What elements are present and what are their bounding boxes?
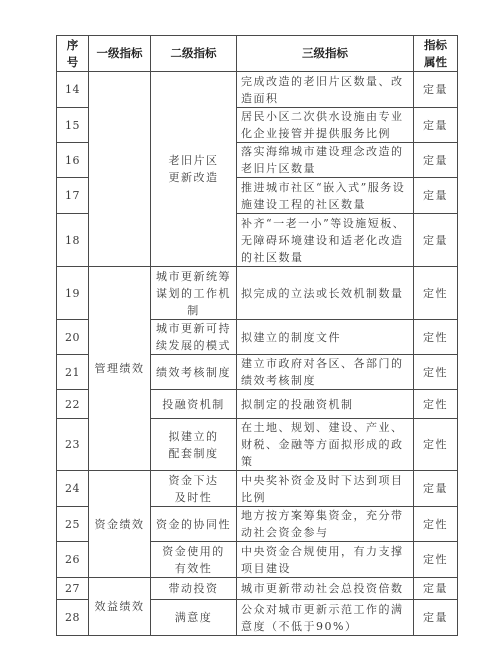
level3-cell: 在土地、规划、建设、产业、财税、金融等方面拟形成的政策 bbox=[237, 419, 414, 471]
level3-cell: 推进城市社区“嵌入式”服务设施建设工程的社区数量 bbox=[237, 178, 414, 214]
attr-cell: 定量 bbox=[414, 471, 458, 507]
level3-cell: 拟制定的投融资机制 bbox=[237, 390, 414, 419]
row-no: 15 bbox=[57, 108, 89, 143]
attr-cell: 定量 bbox=[414, 108, 458, 143]
level2-cell: 拟建立的 配套制度 bbox=[151, 419, 237, 471]
level3-cell: 地方按方案筹集资金，充分带动社会资金参与 bbox=[237, 507, 414, 542]
row-no: 27 bbox=[57, 578, 89, 600]
level3-cell: 落实海绵城市建设理念改造的老旧片区数量 bbox=[237, 143, 414, 178]
header-level3: 三级指标 bbox=[237, 36, 414, 72]
attr-cell: 定性 bbox=[414, 419, 458, 471]
table-row: 14 老旧片区 更新改造 完成改造的老旧片区数量、改造面积 定量 bbox=[57, 72, 458, 108]
level2-cell: 城市更新统筹谋划的工作机制 bbox=[151, 267, 237, 320]
header-row: 序 号 一级指标 二级指标 三级指标 指标 属性 bbox=[57, 36, 458, 72]
attr-cell: 定量 bbox=[414, 178, 458, 214]
level3-cell: 拟完成的立法或长效机制数量 bbox=[237, 267, 414, 320]
attr-cell: 定性 bbox=[414, 542, 458, 578]
level2-cell: 资金下达 及时性 bbox=[151, 471, 237, 507]
row-no: 19 bbox=[57, 267, 89, 320]
attr-cell: 定量 bbox=[414, 143, 458, 178]
attr-cell: 定性 bbox=[414, 507, 458, 542]
row-no: 16 bbox=[57, 143, 89, 178]
row-no: 25 bbox=[57, 507, 89, 542]
header-no: 序 号 bbox=[57, 36, 89, 72]
row-no: 14 bbox=[57, 72, 89, 108]
level3-cell: 完成改造的老旧片区数量、改造面积 bbox=[237, 72, 414, 108]
level3-cell: 公众对城市更新示范工作的满意度（不低于90%） bbox=[237, 600, 414, 636]
attr-cell: 定性 bbox=[414, 390, 458, 419]
header-level1: 一级指标 bbox=[89, 36, 151, 72]
header-level2: 二级指标 bbox=[151, 36, 237, 72]
row-no: 20 bbox=[57, 320, 89, 355]
level1-fund: 资金绩效 bbox=[89, 471, 151, 578]
attr-cell: 定量 bbox=[414, 600, 458, 636]
level1-manage: 管理绩效 bbox=[89, 267, 151, 471]
level1-cell-empty bbox=[89, 72, 151, 267]
level2-cell: 城市更新可持续发展的模式 bbox=[151, 320, 237, 355]
level2-cell: 投融资机制 bbox=[151, 390, 237, 419]
attr-cell: 定量 bbox=[414, 72, 458, 108]
level2-cell: 带动投资 bbox=[151, 578, 237, 600]
row-no: 28 bbox=[57, 600, 89, 636]
level3-cell: 补齐“一老一小”等设施短板、无障碍环境建设和适老化改造的社区数量 bbox=[237, 214, 414, 267]
attr-cell: 定性 bbox=[414, 355, 458, 390]
row-no: 26 bbox=[57, 542, 89, 578]
level2-cell: 资金的协同性 bbox=[151, 507, 237, 542]
attr-cell: 定性 bbox=[414, 267, 458, 320]
attr-cell: 定量 bbox=[414, 578, 458, 600]
table-row: 24 资金绩效 资金下达 及时性 中央奖补资金及时下达到项目比例 定量 bbox=[57, 471, 458, 507]
level3-cell: 拟建立的制度文件 bbox=[237, 320, 414, 355]
indicator-table: 序 号 一级指标 二级指标 三级指标 指标 属性 14 老旧片区 更新改造 完成… bbox=[56, 35, 458, 636]
level2-cell: 资金使用的 有效性 bbox=[151, 542, 237, 578]
level2-cell: 绩效考核制度 bbox=[151, 355, 237, 390]
row-no: 21 bbox=[57, 355, 89, 390]
row-no: 24 bbox=[57, 471, 89, 507]
header-attr: 指标 属性 bbox=[414, 36, 458, 72]
level2-cell: 满意度 bbox=[151, 600, 237, 636]
level3-cell: 中央资金合规使用，有力支撑项目建设 bbox=[237, 542, 414, 578]
row-no: 17 bbox=[57, 178, 89, 214]
table-row: 27 效益绩效 带动投资 城市更新带动社会总投资倍数 定量 bbox=[57, 578, 458, 600]
level2-old-area: 老旧片区 更新改造 bbox=[151, 72, 237, 267]
attr-cell: 定量 bbox=[414, 214, 458, 267]
level3-cell: 建立市政府对各区、各部门的绩效考核制度 bbox=[237, 355, 414, 390]
row-no: 23 bbox=[57, 419, 89, 471]
row-no: 22 bbox=[57, 390, 89, 419]
level3-cell: 居民小区二次供水设施由专业化企业接管并提供服务比例 bbox=[237, 108, 414, 143]
row-no: 18 bbox=[57, 214, 89, 267]
level3-cell: 城市更新带动社会总投资倍数 bbox=[237, 578, 414, 600]
attr-cell: 定性 bbox=[414, 320, 458, 355]
table-row: 19 管理绩效 城市更新统筹谋划的工作机制 拟完成的立法或长效机制数量 定性 bbox=[57, 267, 458, 320]
level1-benefit: 效益绩效 bbox=[89, 578, 151, 636]
level3-cell: 中央奖补资金及时下达到项目比例 bbox=[237, 471, 414, 507]
